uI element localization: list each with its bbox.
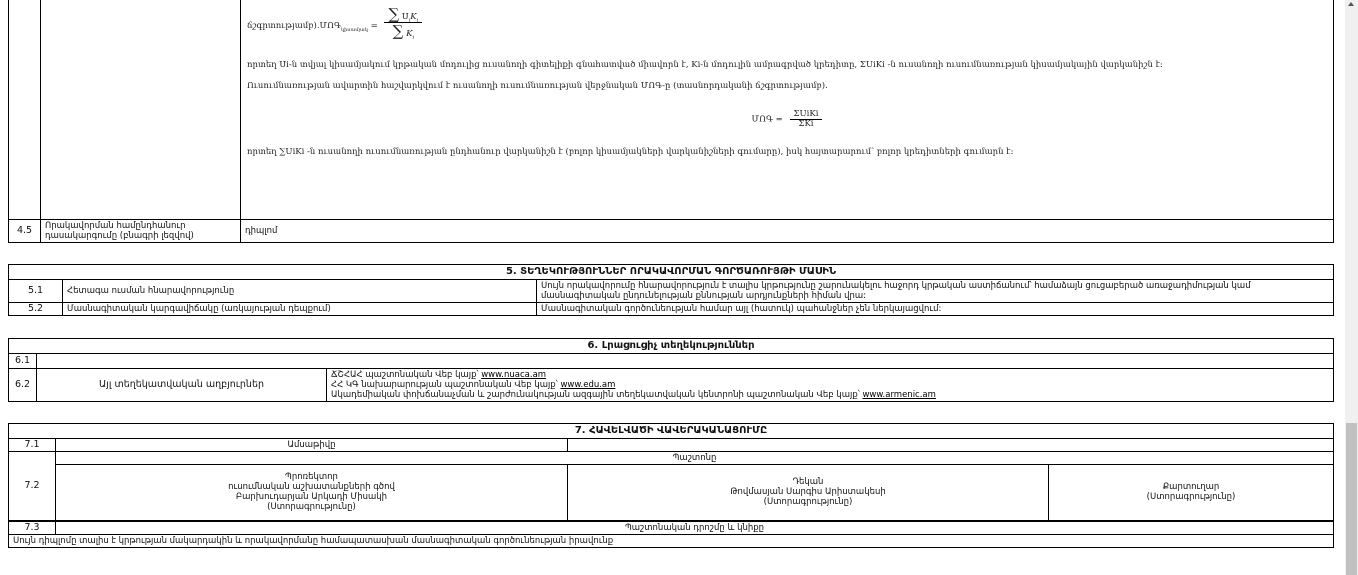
stamp-label: Պաշտոնական դրոշմը և կնիքը: [56, 521, 1334, 535]
signer-vice-rector: Պրոռեկտոր ուսումնական աշխատանքների գծով …: [56, 465, 568, 521]
row-value: դիպլոմ: [241, 220, 1334, 243]
section-7-title: 7. ՀԱՎԵԼՎԱԾԻ ՎԱՎԵՐԱԿԱՆԱՑՈՒՄԸ: [9, 424, 1334, 439]
row-number: 7.3: [9, 521, 56, 535]
info-sources-list: ՃՇՀԱՀ պաշտոնական Վեբ կայք՝ www.nuaca.am …: [327, 369, 1334, 402]
row-number: 7.1: [9, 439, 56, 452]
scroll-up-arrow-icon[interactable]: [1348, 2, 1354, 6]
row-number: 6.1: [9, 354, 37, 369]
signer-secretary: Քարտուղար (Ստորագրությունը): [1049, 465, 1334, 521]
gpa-semester-formula: ճշգրտությամբ).ՄՈԳկիսամյակ = ∑ ՍiKi ∑ Ki: [247, 9, 1327, 42]
gpa-paragraph-2: Ուսումնառության ավարտին հաշվարկվում է ու…: [247, 81, 1327, 91]
row-label: Մասնագիտական կարգավիճակը (առկայության դե…: [63, 303, 537, 316]
signer-dean: Դեկան Թովմասյան Սարգիս Արիստակեսի (Ստորա…: [568, 465, 1049, 521]
gpa-final-formula: ՄՈԳ = ΣUiKiΣKi: [247, 109, 1327, 129]
diploma-rights-statement: Սույն դիպլոմը տալիս է կրթության մակարդակ…: [9, 534, 1334, 547]
row-number: 6.2: [9, 369, 37, 402]
vertical-scrollbar[interactable]: [1345, 0, 1358, 575]
row-value: Սույն որակավորումը հնարավորություն է տալ…: [537, 280, 1334, 303]
row-label: Որակավորման համընդհանուր դասակարգումը (բ…: [41, 220, 241, 243]
section-7-table: 7. ՀԱՎԵԼՎԱԾԻ ՎԱՎԵՐԱԿԱՆԱՑՈՒՄԸ 7.1 Ամսաթիվ…: [8, 423, 1334, 548]
section-6-table: 6. Լրացուցիչ տեղեկություններ 6.1 6.2 Այլ…: [8, 338, 1334, 402]
gpa-paragraph-3: որտեղ ∑UiKi -ն ուսանողի ուսումնառության …: [247, 147, 1327, 157]
date-label: Ամսաթիվը: [56, 439, 568, 452]
gpa-explanation-cell: ճշգրտությամբ).ՄՈԳկիսամյակ = ∑ ՍiKi ∑ Ki …: [241, 0, 1334, 220]
section-4-table: ճշգրտությամբ).ՄՈԳկիսամյակ = ∑ ՍiKi ∑ Ki …: [8, 0, 1334, 243]
edu-link[interactable]: www.edu.am: [560, 380, 615, 390]
scrollbar-thumb[interactable]: [1346, 423, 1357, 575]
row-number: 5.1: [9, 280, 63, 303]
row-label: Այլ տեղեկատվական աղբյուրներ: [37, 369, 327, 402]
position-header: Պաշտոնը: [56, 452, 1334, 465]
row-label: Հետագա ուսման հնարավորությունը: [63, 280, 537, 303]
row-value: Մասնագիտական գործունեության համար այլ (հ…: [537, 303, 1334, 316]
nuaca-link[interactable]: www.nuaca.am: [481, 370, 546, 380]
row-value: [37, 354, 1334, 369]
date-value: [568, 439, 1334, 452]
armenic-link[interactable]: www.armenic.am: [862, 390, 935, 400]
row-number: 7.2: [9, 452, 56, 521]
gpa-paragraph-1: որտեղ Սi-ն տվյալ կիսամյակում կրթական մոդ…: [247, 60, 1327, 70]
section-5-table: 5. ՏԵՂԵԿՈՒԹՅՈՒՆՆԵՐ ՈՐԱԿԱՎՈՐՄԱՆ ԳՈՐԾԱՌՈՒՅ…: [8, 264, 1334, 316]
row-number: 4.5: [9, 220, 41, 243]
row-number: 5.2: [9, 303, 63, 316]
section-6-title: 6. Լրացուցիչ տեղեկություններ: [9, 339, 1334, 354]
section-5-title: 5. ՏԵՂԵԿՈՒԹՅՈՒՆՆԵՐ ՈՐԱԿԱՎՈՐՄԱՆ ԳՈՐԾԱՌՈՒՅ…: [9, 265, 1334, 280]
source-item: ՃՇՀԱՀ պաշտոնական Վեբ կայք՝ www.nuaca.am: [331, 370, 1329, 380]
diploma-supplement-page: ճշգրտությամբ).ՄՈԳկիսամյակ = ∑ ՍiKi ∑ Ki …: [0, 0, 1345, 575]
source-item: ՀՀ ԿԳ նախարարության պաշտոնական Վեբ կայք՝…: [331, 380, 1329, 390]
source-item: Ակադեմիական փոխճանաչման և շարժունակությա…: [331, 390, 1329, 400]
